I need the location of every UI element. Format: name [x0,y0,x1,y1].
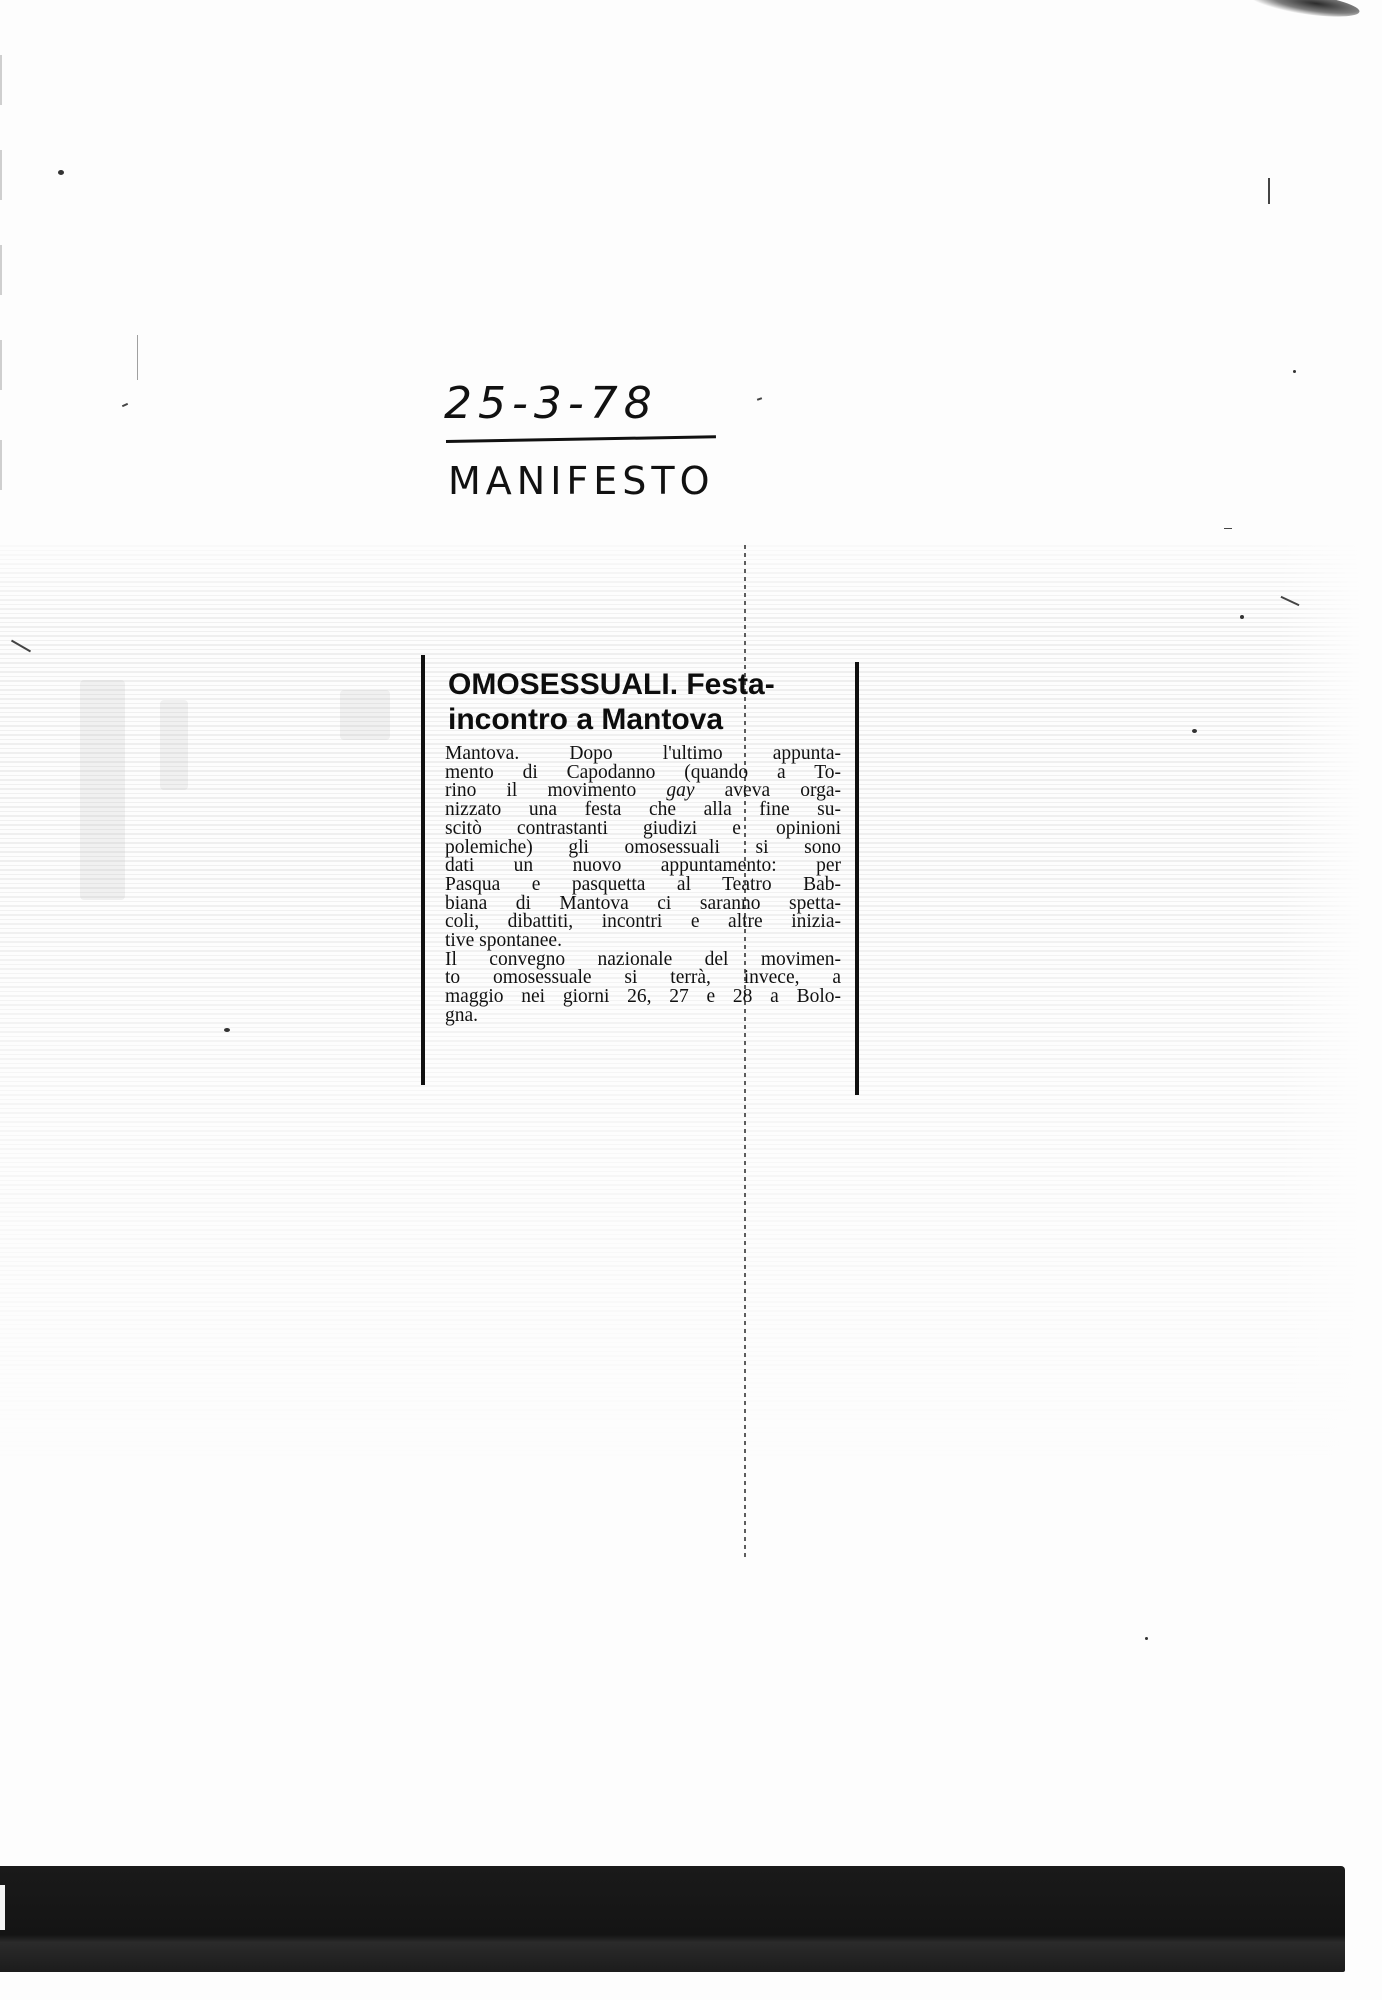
newspaper-clipping: OMOSESSUALI. Festa- incontro a Mantova M… [421,655,858,1095]
edge-mark [0,440,2,490]
speck [1293,370,1296,373]
speck [1145,1637,1148,1640]
scan-smudge [1249,0,1361,22]
stray-mark [137,335,138,380]
edge-mark [0,340,2,390]
bleed-through [80,680,125,900]
article-body: Mantova. Dopo l'ultimo appunta-mento di … [445,745,841,1026]
article-body-line: scitò contrastanti giudizi e opinioni [445,820,841,839]
stray-mark [757,397,762,401]
edge-mark [0,150,2,200]
speck [1240,615,1244,619]
clipping-border-right [855,662,859,1095]
headline-line: incontro a Mantova [448,702,848,737]
bleed-through [160,700,188,790]
handwritten-underline [446,435,716,443]
handwritten-annotation: 25-3-78 MANIFESTO [440,378,730,430]
speck [1192,729,1197,733]
scanned-page: 25-3-78 MANIFESTO OMOSESSUALI. Festa- in… [0,0,1382,2000]
speck [224,1028,230,1032]
article-body-line: tive spontanee. [445,932,841,951]
edge-mark [0,55,2,105]
article-body-line: Pasqua e pasquetta al Teatro Bab- [445,876,841,895]
bleed-through [340,690,390,740]
scanner-edge-notch [0,1885,5,1930]
article-headline: OMOSESSUALI. Festa- incontro a Mantova [448,667,848,737]
edge-mark [0,245,2,295]
handwritten-newspaper-name: MANIFESTO [448,458,715,504]
stray-mark [1268,178,1270,204]
handwritten-date: 25-3-78 [440,378,730,430]
speck [58,170,64,175]
article-body-line: maggio nei giorni 26, 27 e 28 a Bolo- [445,988,841,1007]
stray-mark [122,403,128,407]
article-body-line: nizzato una festa che alla fine su- [445,801,841,820]
clipping-border-left [421,655,425,1085]
article-body-line: gna. [445,1007,841,1026]
texture-fade [1280,545,1382,1465]
scanner-edge-bar [0,1866,1345,1972]
article-body-line: Mantova. Dopo l'ultimo appunta- [445,745,841,764]
headline-line: OMOSESSUALI. Festa- [448,667,848,702]
stray-mark [1224,528,1232,529]
